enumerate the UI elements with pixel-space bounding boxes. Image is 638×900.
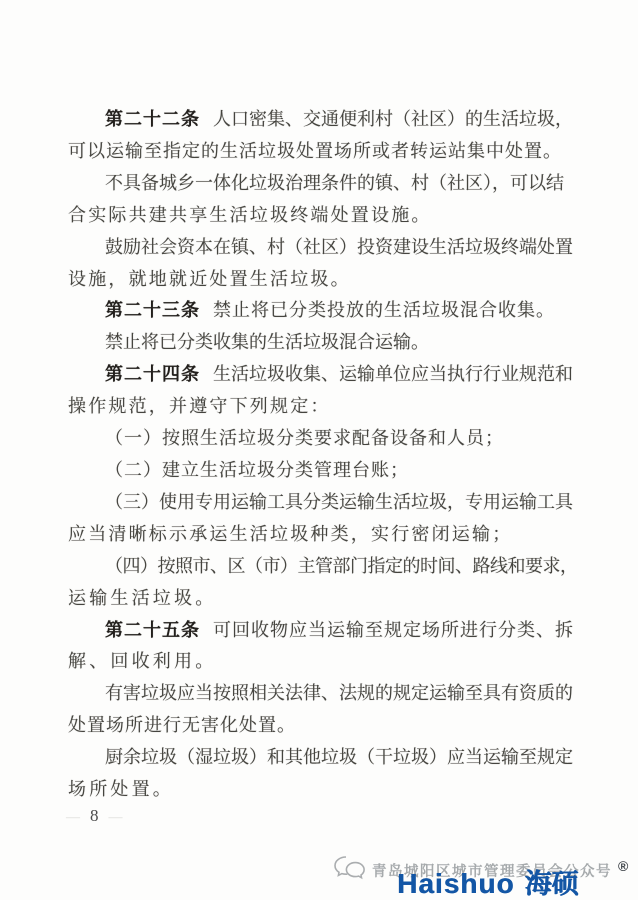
line-text: 设施，就地就近处置生活垃圾。 (68, 269, 351, 289)
document-line: 第二十五条可回收物应当运输至规定场所进行分类、拆 (68, 615, 580, 647)
document-line: 第二十二条人口密集、交通便利村（社区）的生活垃圾， (68, 104, 580, 136)
line-text: 有害垃圾应当按照相关法律、法规的规定运输至具有资质的 (105, 683, 573, 703)
line-text: 生活垃圾收集、运输单位应当执行行业规范和 (213, 364, 573, 384)
wechat-bubbles-icon (334, 855, 366, 886)
line-text: 鼓励社会资本在镇、村（社区）投资建设生活垃圾终端处置 (105, 237, 573, 257)
article-number: 第二十二条 (105, 109, 200, 129)
line-text: （一）按照生活垃圾分类要求配备设备和人员； (105, 428, 504, 448)
line-text: 合实际共建共享生活垃圾终端处置设施。 (68, 205, 432, 225)
document-line: 有害垃圾应当按照相关法律、法规的规定运输至具有资质的 (68, 678, 580, 710)
line-text: 人口密集、交通便利村（社区）的生活垃圾， (213, 109, 573, 129)
line-text: 厨余垃圾（湿垃圾）和其他垃圾（干垃圾）应当运输至规定 (105, 747, 573, 767)
line-text: 禁止将已分类收集的生活垃圾混合运输。 (105, 332, 429, 352)
line-text: 操作规范，并遵守下列规定： (68, 396, 331, 416)
line-text: 禁止将已分类投放的生活垃圾混合收集。 (213, 300, 555, 320)
document-line: 应当清晰标示承运生活垃圾种类，实行密闭运输； (68, 519, 580, 551)
scanned-document-page: 第二十二条人口密集、交通便利村（社区）的生活垃圾， 可以运输至指定的生活垃圾处置… (0, 0, 638, 900)
document-line: 解、回收利用。 (68, 646, 580, 678)
document-line: 处置场所进行无害化处置。 (68, 710, 580, 742)
document-line: 运输生活垃圾。 (68, 583, 580, 615)
line-text: 解、回收利用。 (68, 651, 216, 671)
document-line: 厨余垃圾（湿垃圾）和其他垃圾（干垃圾）应当运输至规定 (68, 742, 580, 774)
document-line: 第二十三条禁止将已分类投放的生活垃圾混合收集。 (68, 295, 580, 327)
document-line: （一）按照生活垃圾分类要求配备设备和人员； (68, 423, 580, 455)
line-text: 可以运输至指定的生活垃圾处置场所或者转运站集中处置。 (68, 141, 562, 161)
line-text: 不具备城乡一体化垃圾治理条件的镇、村（社区），可以结 (105, 173, 564, 193)
article-number: 第二十五条 (105, 620, 200, 640)
line-text: 场所处置。 (68, 779, 174, 799)
line-text: （三）使用专用运输工具分类运输生活垃圾，专用运输工具 (105, 492, 573, 512)
document-line: 合实际共建共享生活垃圾终端处置设施。 (68, 200, 580, 232)
line-text: 可回收物应当运输至规定场所进行分类、拆 (213, 620, 574, 640)
brand-cjk-text: 海硕 (524, 869, 578, 899)
line-text: （四）按照市、区（市）主管部门指定的时间、路线和要求， (105, 556, 578, 576)
article-number: 第二十三条 (105, 300, 200, 320)
line-text: 运输生活垃圾。 (68, 588, 216, 608)
article-number: 第二十四条 (105, 364, 200, 384)
registered-trademark-symbol: ® (618, 858, 628, 874)
document-line: 禁止将已分类收集的生活垃圾混合运输。 (68, 327, 580, 359)
document-line: 不具备城乡一体化垃圾治理条件的镇、村（社区），可以结 (68, 168, 580, 200)
document-line: 可以运输至指定的生活垃圾处置场所或者转运站集中处置。 (68, 136, 580, 168)
page-number-dash: — (109, 810, 123, 825)
document-line: 设施，就地就近处置生活垃圾。 (68, 264, 580, 296)
document-line: 第二十四条生活垃圾收集、运输单位应当执行行业规范和 (68, 359, 580, 391)
document-line: 鼓励社会资本在镇、村（社区）投资建设生活垃圾终端处置 (68, 232, 580, 264)
document-line: 操作规范，并遵守下列规定： (68, 391, 580, 423)
document-line: （二）建立生活垃圾分类管理台账； (68, 455, 580, 487)
line-text: （二）建立生活垃圾分类管理台账； (105, 460, 409, 480)
document-body: 第二十二条人口密集、交通便利村（社区）的生活垃圾， 可以运输至指定的生活垃圾处置… (68, 104, 580, 806)
document-line: （四）按照市、区（市）主管部门指定的时间、路线和要求， (68, 551, 580, 583)
document-line: 场所处置。 (68, 774, 580, 806)
page-number-dash: — (66, 810, 80, 825)
line-text: 应当清晰标示承运生活垃圾种类，实行密闭运输； (68, 524, 512, 544)
document-line: （三）使用专用运输工具分类运输生活垃圾，专用运输工具 (68, 487, 580, 519)
brand-watermark: Haishuo海硕 (397, 862, 578, 900)
brand-latin-text: Haishuo (397, 868, 514, 899)
page-number-value: 8 (90, 806, 99, 825)
line-text: 处置场所进行无害化处置。 (68, 715, 296, 735)
page-number: —8— (56, 806, 133, 826)
